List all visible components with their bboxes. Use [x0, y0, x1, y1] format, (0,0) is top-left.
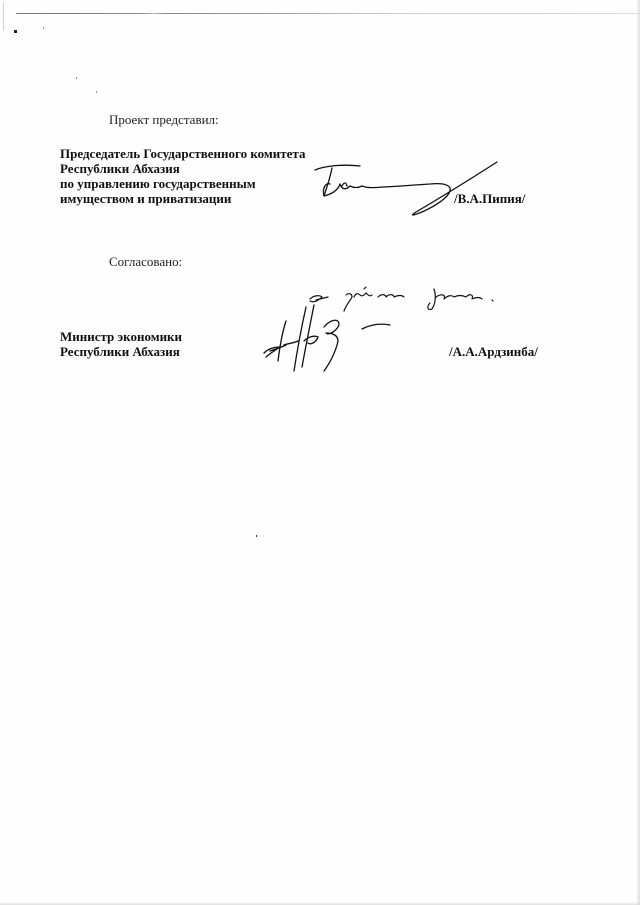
scan-speck — [96, 91, 97, 93]
approver-position-line-1: Министр экономики — [60, 329, 182, 344]
scan-right-edge-shadow — [636, 0, 640, 905]
scan-left-edge-mark — [3, 3, 4, 31]
approver-name: /А.А.Ардзинба/ — [449, 344, 538, 359]
approver-position-line-2: Республики Абхазия — [60, 344, 180, 359]
scan-speck — [14, 30, 17, 33]
scan-speck — [256, 535, 257, 537]
scan-speck — [43, 27, 44, 29]
presenter-position-line-1: Председатель Государственного комитета — [60, 146, 305, 161]
scan-top-rule — [16, 13, 640, 14]
approver-signature — [262, 305, 402, 375]
presenter-name: /В.А.Пипия/ — [454, 191, 525, 206]
presenter-position-line-2: Республики Абхазия — [60, 161, 180, 176]
scan-speck — [76, 77, 77, 79]
presenter-position-line-4: имуществом и приватизации — [60, 191, 231, 206]
document-page: Проект представил: Председатель Государс… — [0, 0, 640, 905]
presenter-signature — [312, 160, 512, 220]
approved-heading: Согласовано: — [109, 254, 182, 269]
presented-heading: Проект представил: — [109, 112, 219, 127]
presenter-position-line-3: по управлению государственным — [60, 176, 256, 191]
